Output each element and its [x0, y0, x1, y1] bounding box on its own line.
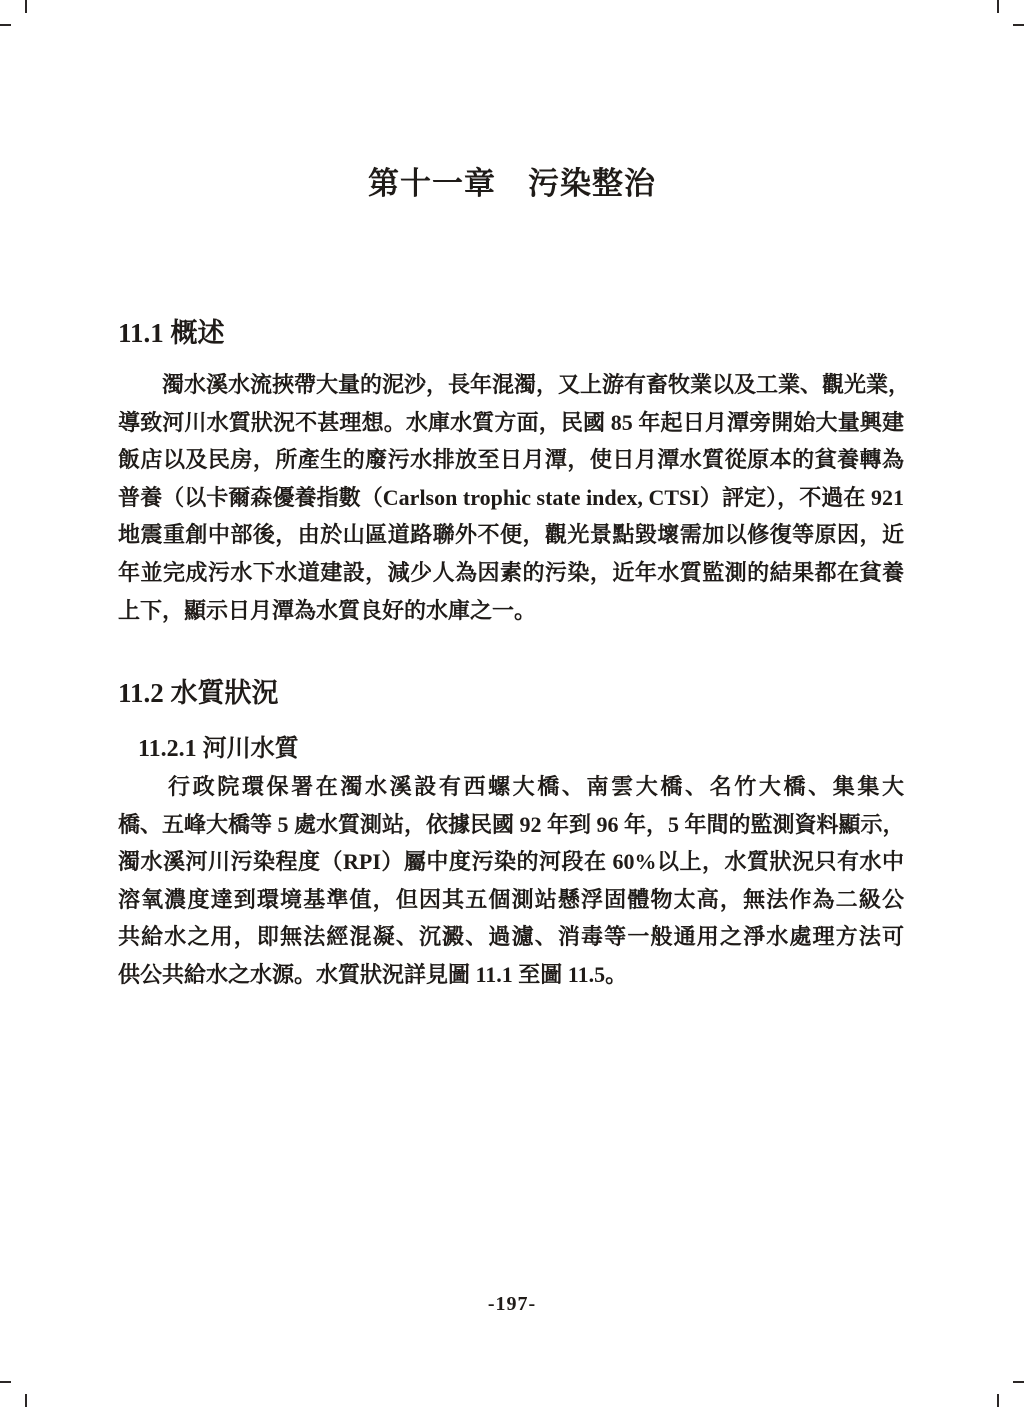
paragraph-line: 共給水之用，即無法經混凝、沉澱、過濾、消毒等一般通用之淨水處理方法可 — [118, 918, 904, 956]
crop-mark-bottom-right-vertical — [997, 1394, 999, 1407]
crop-mark-top-left-vertical — [25, 0, 27, 13]
crop-mark-bottom-right-horizontal — [1013, 1381, 1024, 1383]
section-heading-11-1: 11.1 概述 — [118, 311, 225, 350]
crop-mark-top-right-vertical — [997, 0, 999, 13]
crop-mark-top-left-horizontal — [0, 24, 11, 26]
page-number: -197- — [0, 1293, 1024, 1316]
paragraph-overview: 濁水溪水流挾帶大量的泥沙，長年混濁，又上游有畜牧業以及工業、觀光業， 導致河川水… — [118, 366, 904, 629]
crop-mark-top-right-horizontal — [1013, 24, 1024, 26]
paragraph-line: 上下，顯示日月潭為水質良好的水庫之一。 — [118, 592, 904, 630]
subsection-heading-11-2-1: 11.2.1 河川水質 — [138, 728, 299, 763]
paragraph-line: 普養（以卡爾森優養指數（Carlson trophic state index,… — [118, 479, 904, 517]
paragraph-line: 濁水溪河川污染程度（RPI）屬中度污染的河段在 60%以上，水質狀況只有水中 — [118, 843, 904, 881]
paragraph-line: 溶氧濃度達到環境基準值，但因其五個測站懸浮固體物太高，無法作為二級公 — [118, 881, 904, 919]
chapter-title: 第十一章 污染整治 — [0, 158, 1024, 203]
paragraph-line: 導致河川水質狀況不甚理想。水庫水質方面，民國 85 年起日月潭旁開始大量興建 — [118, 404, 904, 442]
paragraph-line: 年並完成污水下水道建設，減少人為因素的污染，近年水質監測的結果都在貧養 — [118, 554, 904, 592]
document-page: 第十一章 污染整治 11.1 概述 濁水溪水流挾帶大量的泥沙，長年混濁，又上游有… — [0, 0, 1024, 1407]
paragraph-line: 行政院環保署在濁水溪設有西螺大橋、南雲大橋、名竹大橋、集集大 — [118, 768, 904, 806]
paragraph-line: 供公共給水之水源。水質狀況詳見圖 11.1 至圖 11.5。 — [118, 956, 904, 994]
crop-mark-bottom-left-horizontal — [0, 1381, 11, 1383]
paragraph-line: 地震重創中部後，由於山區道路聯外不便，觀光景點毀壞需加以修復等原因，近 — [118, 516, 904, 554]
crop-mark-bottom-left-vertical — [25, 1394, 27, 1407]
paragraph-line: 飯店以及民房，所產生的廢污水排放至日月潭，使日月潭水質從原本的貧養轉為 — [118, 441, 904, 479]
paragraph-line: 橋、五峰大橋等 5 處水質測站，依據民國 92 年到 96 年，5 年間的監測資… — [118, 806, 904, 844]
paragraph-line: 濁水溪水流挾帶大量的泥沙，長年混濁，又上游有畜牧業以及工業、觀光業， — [118, 366, 904, 404]
section-heading-11-2: 11.2 水質狀況 — [118, 671, 279, 710]
paragraph-river-water-quality: 行政院環保署在濁水溪設有西螺大橋、南雲大橋、名竹大橋、集集大 橋、五峰大橋等 5… — [118, 768, 904, 994]
